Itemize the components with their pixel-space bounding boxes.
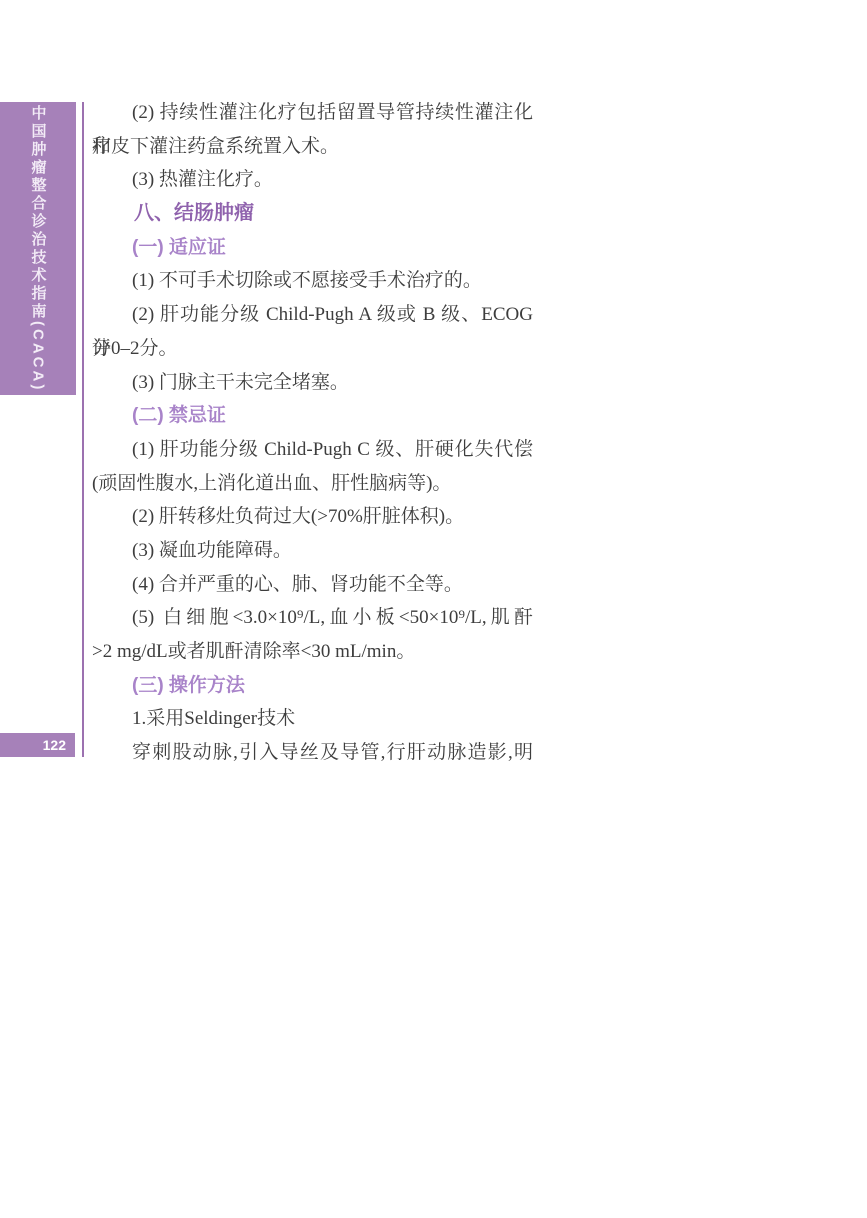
paragraph-line: >2 mg/dL或者肌酐清除率<30 mL/min。 <box>92 635 533 669</box>
paragraph-line: (5) 白细胞<3.0×10⁹/L,血小板<50×10⁹/L,肌酐 <box>92 601 533 635</box>
subsection-heading: (一) 适应证 <box>92 231 533 265</box>
paragraph-line: 和皮下灌注药盒系统置入术。 <box>92 130 533 164</box>
subsection-heading: (三) 操作方法 <box>92 669 533 703</box>
page: 中国肿瘤整合诊治技术指南(CACA) 122 (2) 持续性灌注化疗包括留置导管… <box>0 0 867 1218</box>
section-heading: 八、结肠肿瘤 <box>92 197 533 231</box>
sidebar-divider <box>82 102 84 757</box>
paragraph-line: (2) 肝转移灶负荷过大(>70%肝脏体积)。 <box>92 500 533 534</box>
page-number-badge: 122 <box>0 733 75 757</box>
subsection-heading: (二) 禁忌证 <box>92 399 533 433</box>
body-text-column: (2) 持续性灌注化疗包括留置导管持续性灌注化疗 和皮下灌注药盒系统置入术。 (… <box>92 96 533 770</box>
paragraph-line: 分0–2分。 <box>92 332 533 366</box>
paragraph-line: 穿刺股动脉,引入导丝及导管,行肝动脉造影,明 <box>92 736 533 770</box>
paragraph-line: (2) 肝功能分级 Child-Pugh A 级或 B 级、ECOG 评 <box>92 298 533 332</box>
paragraph-line: 1.采用Seldinger技术 <box>92 702 533 736</box>
paragraph-line: (2) 持续性灌注化疗包括留置导管持续性灌注化疗 <box>92 96 533 130</box>
paragraph-line: (1) 肝功能分级 Child-Pugh C 级、肝硬化失代偿 <box>92 433 533 467</box>
sidebar: 中国肿瘤整合诊治技术指南(CACA) <box>0 102 76 395</box>
paragraph-line: (3) 凝血功能障碍。 <box>92 534 533 568</box>
paragraph-line: (3) 门脉主干未完全堵塞。 <box>92 366 533 400</box>
paragraph-line: (4) 合并严重的心、肺、肾功能不全等。 <box>92 568 533 602</box>
paragraph-line: (1) 不可手术切除或不愿接受手术治疗的。 <box>92 264 533 298</box>
sidebar-title: 中国肿瘤整合诊治技术指南(CACA) <box>28 105 49 392</box>
paragraph-line: (顽固性腹水,上消化道出血、肝性脑病等)。 <box>92 467 533 501</box>
paragraph-line: (3) 热灌注化疗。 <box>92 163 533 197</box>
